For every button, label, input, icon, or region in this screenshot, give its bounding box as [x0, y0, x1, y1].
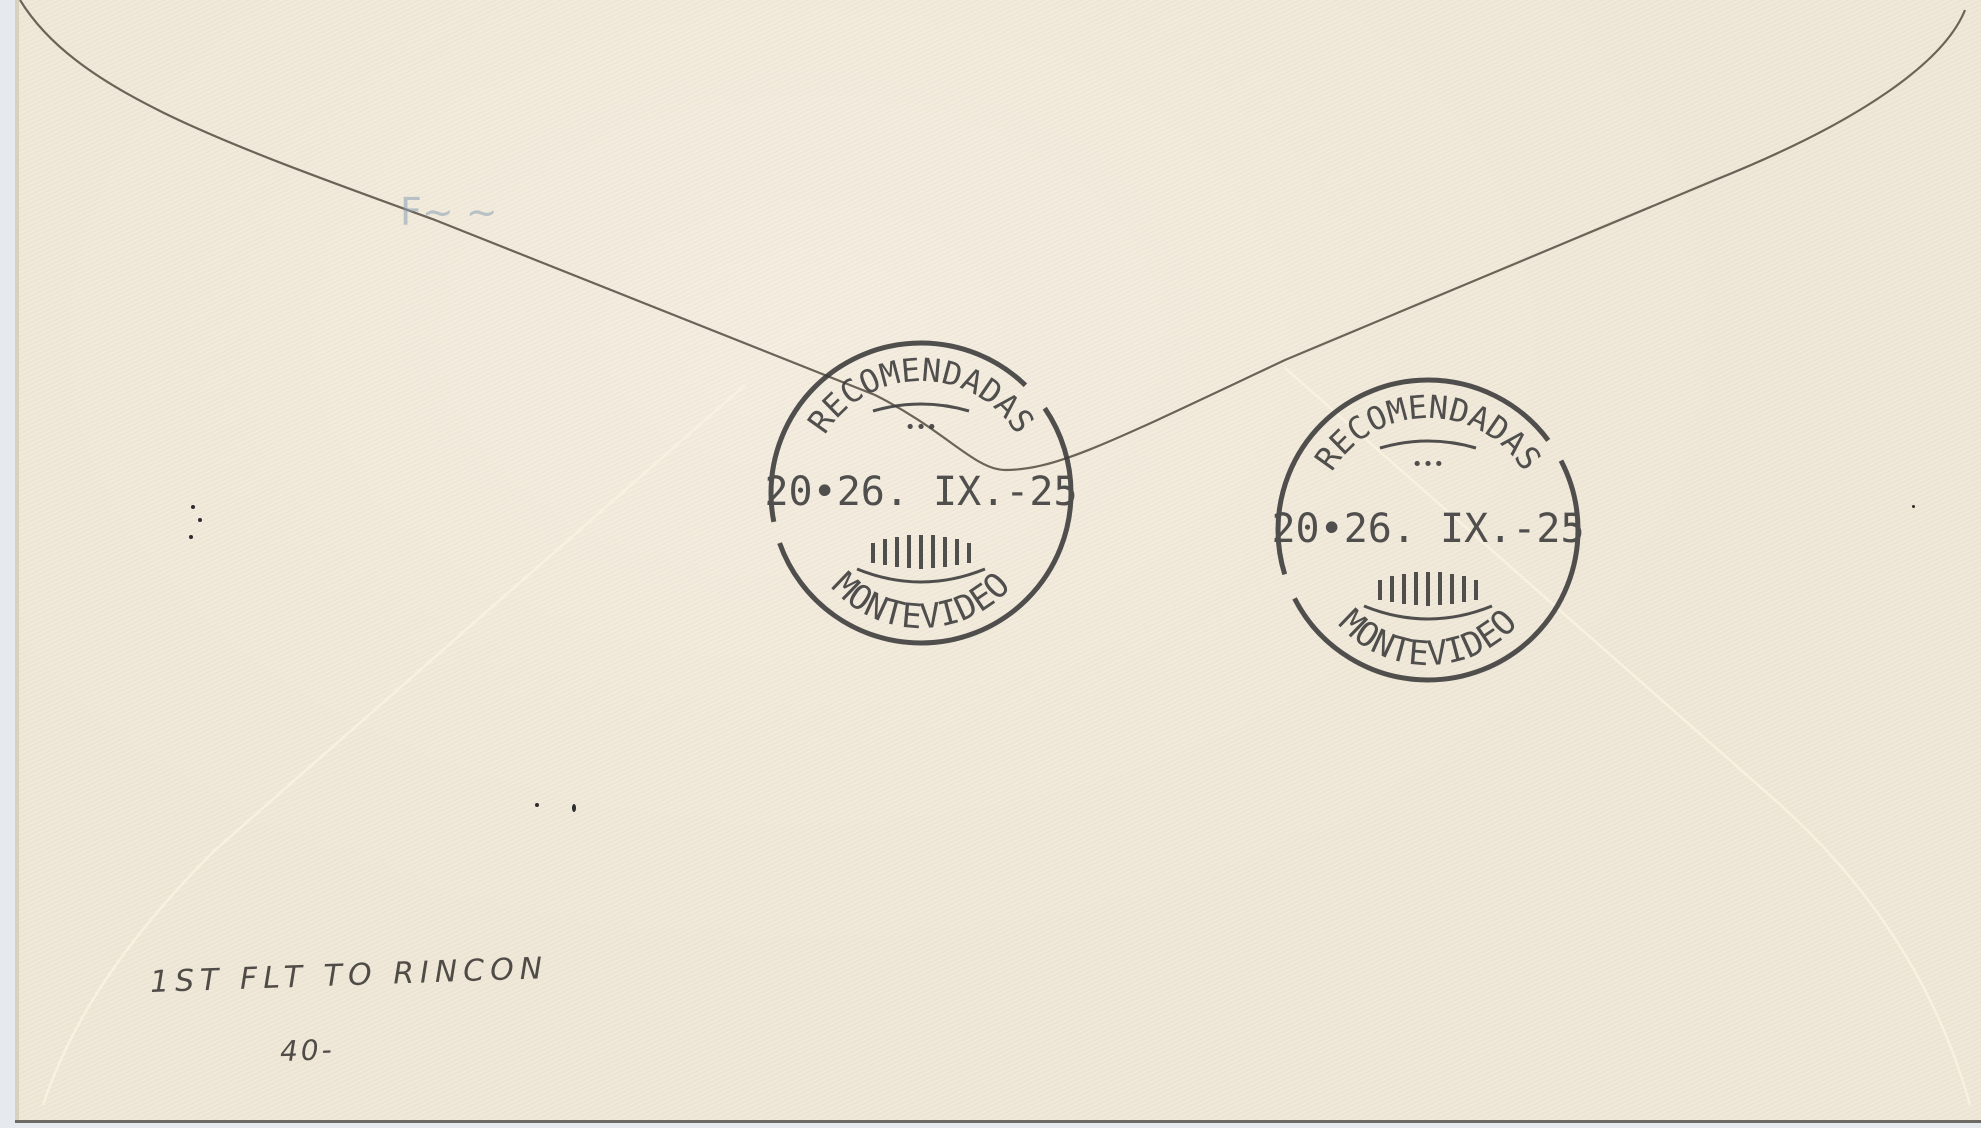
envelope-back: F~ ~ RECOMENDADAS ••• 20•26. IX.-25 [15, 0, 1981, 1123]
postmark-montevideo-1: RECOMENDADAS ••• 20•26. IX.-25 MONTEVIDE… [761, 333, 1081, 653]
postmark-ornament: ••• [1412, 454, 1445, 475]
handwritten-note-price: 40- [279, 1033, 335, 1068]
postmark-date: 20•26. IX.-25 [1271, 506, 1584, 552]
ink-dot [191, 505, 195, 509]
faint-ink-smudge: F~ ~ [400, 190, 498, 234]
ink-dot [198, 518, 202, 522]
ink-dot [572, 804, 576, 812]
scanned-envelope: F~ ~ RECOMENDADAS ••• 20•26. IX.-25 [0, 0, 1981, 1128]
postmark-date: 20•26. IX.-25 [764, 469, 1077, 515]
ink-dot [535, 803, 539, 807]
postmark-montevideo-2: RECOMENDADAS ••• 20•26. IX.-25 MONTEVIDE… [1268, 370, 1588, 690]
ink-dot [189, 535, 193, 539]
postmark-ornament: ••• [905, 417, 938, 438]
left-edge-shadow [15, 0, 19, 1120]
left-flap-crease [43, 385, 745, 1105]
ink-dot [1912, 505, 1915, 508]
